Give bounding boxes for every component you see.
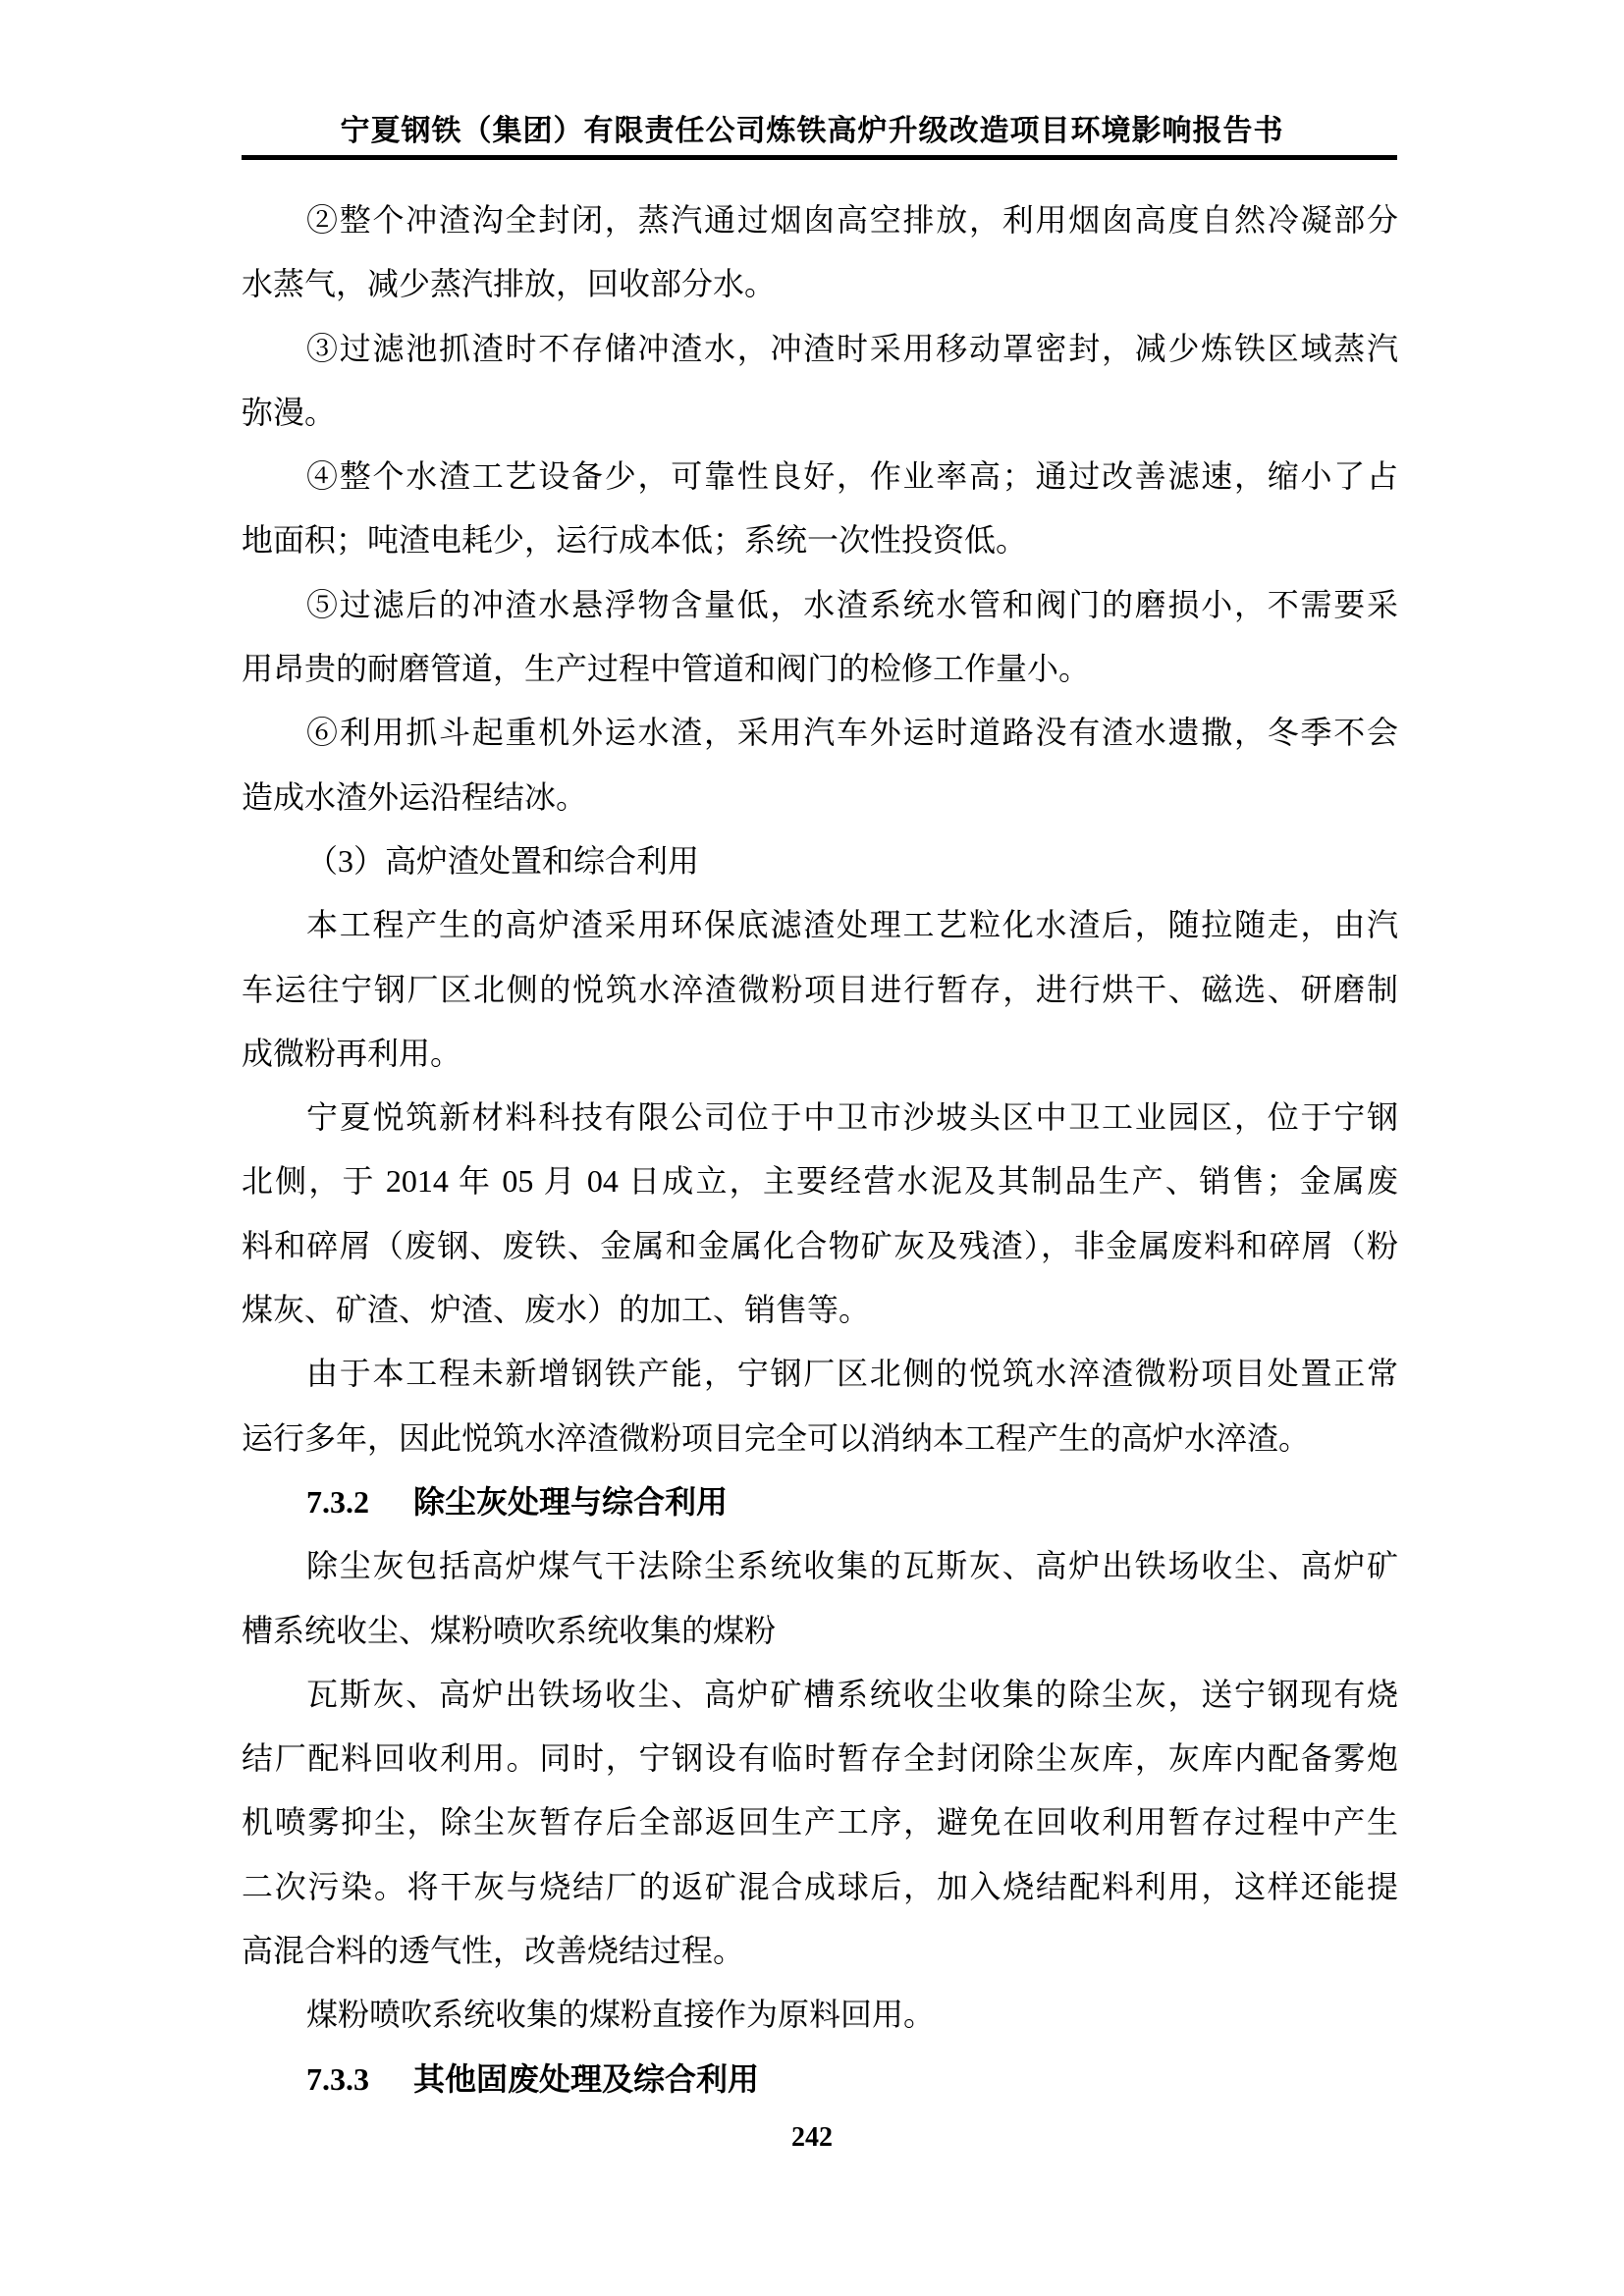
text-line: 用昂贵的耐磨管道，生产过程中管道和阀门的检修工作量小。	[242, 637, 1398, 701]
page-number: 242	[0, 2122, 1624, 2154]
text-line: ②整个冲渣沟全封闭，蒸汽通过烟囱高空排放，利用烟囱高度自然冷凝部分	[242, 188, 1398, 252]
text-line: 高混合料的透气性，改善烧结过程。	[242, 1919, 1398, 1983]
section-heading: 7.3.2除尘灰处理与综合利用	[242, 1470, 1398, 1534]
text-line: 车运往宁钢厂区北侧的悦筑水淬渣微粉项目进行暂存，进行烘干、磁选、研磨制	[242, 958, 1398, 1022]
text-line: 机喷雾抑尘，除尘灰暂存后全部返回生产工序，避免在回收利用暂存过程中产生	[242, 1790, 1398, 1854]
text-line: ④整个水渣工艺设备少，可靠性良好，作业率高；通过改善滤速，缩小了占	[242, 445, 1398, 508]
text-line: ⑤过滤后的冲渣水悬浮物含量低，水渣系统水管和阀门的磨损小，不需要采	[242, 573, 1398, 637]
text-line: ③过滤池抓渣时不存储冲渣水，冲渣时采用移动罩密封，减少炼铁区域蒸汽	[242, 317, 1398, 381]
text-line: 运行多年，因此悦筑水淬渣微粉项目完全可以消纳本工程产生的高炉水淬渣。	[242, 1407, 1398, 1470]
section-heading: 7.3.3其他固废处理及综合利用	[242, 2048, 1398, 2111]
text-line: 除尘灰包括高炉煤气干法除尘系统收集的瓦斯灰、高炉出铁场收尘、高炉矿	[242, 1534, 1398, 1598]
text-line: 煤粉喷吹系统收集的煤粉直接作为原料回用。	[242, 1983, 1398, 2047]
text-line: 由于本工程未新增钢铁产能，宁钢厂区北侧的悦筑水淬渣微粉项目处置正常	[242, 1342, 1398, 1406]
text-line: 二次污染。将干灰与烧结厂的返矿混合成球后，加入烧结配料利用，这样还能提	[242, 1855, 1398, 1919]
text-line: 瓦斯灰、高炉出铁场收尘、高炉矿槽系统收尘收集的除尘灰，送宁钢现有烧	[242, 1663, 1398, 1727]
heading-label: 其他固废处理及综合利用	[413, 2061, 759, 2097]
text-line: 本工程产生的高炉渣采用环保底滤渣处理工艺粒化水渣后，随拉随走，由汽	[242, 893, 1398, 957]
heading-label: 除尘灰处理与综合利用	[413, 1484, 728, 1520]
text-line: 水蒸气，减少蒸汽排放，回收部分水。	[242, 252, 1398, 316]
text-line: 煤灰、矿渣、炉渣、废水）的加工、销售等。	[242, 1278, 1398, 1342]
text-line: 造成水渣外运沿程结冰。	[242, 766, 1398, 829]
text-line: 地面积；吨渣电耗少，运行成本低；系统一次性投资低。	[242, 508, 1398, 572]
text-line: 料和碎屑（废钢、废铁、金属和金属化合物矿灰及残渣），非金属废料和碎屑（粉	[242, 1214, 1398, 1278]
heading-number: 7.3.3	[306, 2061, 369, 2097]
text-line: 北侧，于 2014 年 05 月 04 日成立，主要经营水泥及其制品生产、销售；…	[242, 1149, 1398, 1213]
text-line: ⑥利用抓斗起重机外运水渣，采用汽车外运时道路没有渣水遗撒，冬季不会	[242, 701, 1398, 765]
report-header-title: 宁夏钢铁（集团）有限责任公司炼铁高炉升级改造项目环境影响报告书	[0, 106, 1624, 149]
page-body: ②整个冲渣沟全封闭，蒸汽通过烟囱高空排放，利用烟囱高度自然冷凝部分水蒸气，减少蒸…	[242, 188, 1398, 2111]
heading-number: 7.3.2	[306, 1484, 369, 1520]
text-line: 槽系统收尘、煤粉喷吹系统收集的煤粉	[242, 1599, 1398, 1663]
document-page: 宁夏钢铁（集团）有限责任公司炼铁高炉升级改造项目环境影响报告书 ②整个冲渣沟全封…	[0, 0, 1624, 2296]
text-line: 弥漫。	[242, 381, 1398, 445]
text-line: 结厂配料回收利用。同时，宁钢设有临时暂存全封闭除尘灰库，灰库内配备雾炮	[242, 1727, 1398, 1790]
text-line: 宁夏悦筑新材料科技有限公司位于中卫市沙坡头区中卫工业园区，位于宁钢	[242, 1086, 1398, 1149]
text-line: （3）高炉渣处置和综合利用	[242, 829, 1398, 893]
header-rule	[242, 155, 1397, 160]
text-line: 成微粉再利用。	[242, 1022, 1398, 1086]
